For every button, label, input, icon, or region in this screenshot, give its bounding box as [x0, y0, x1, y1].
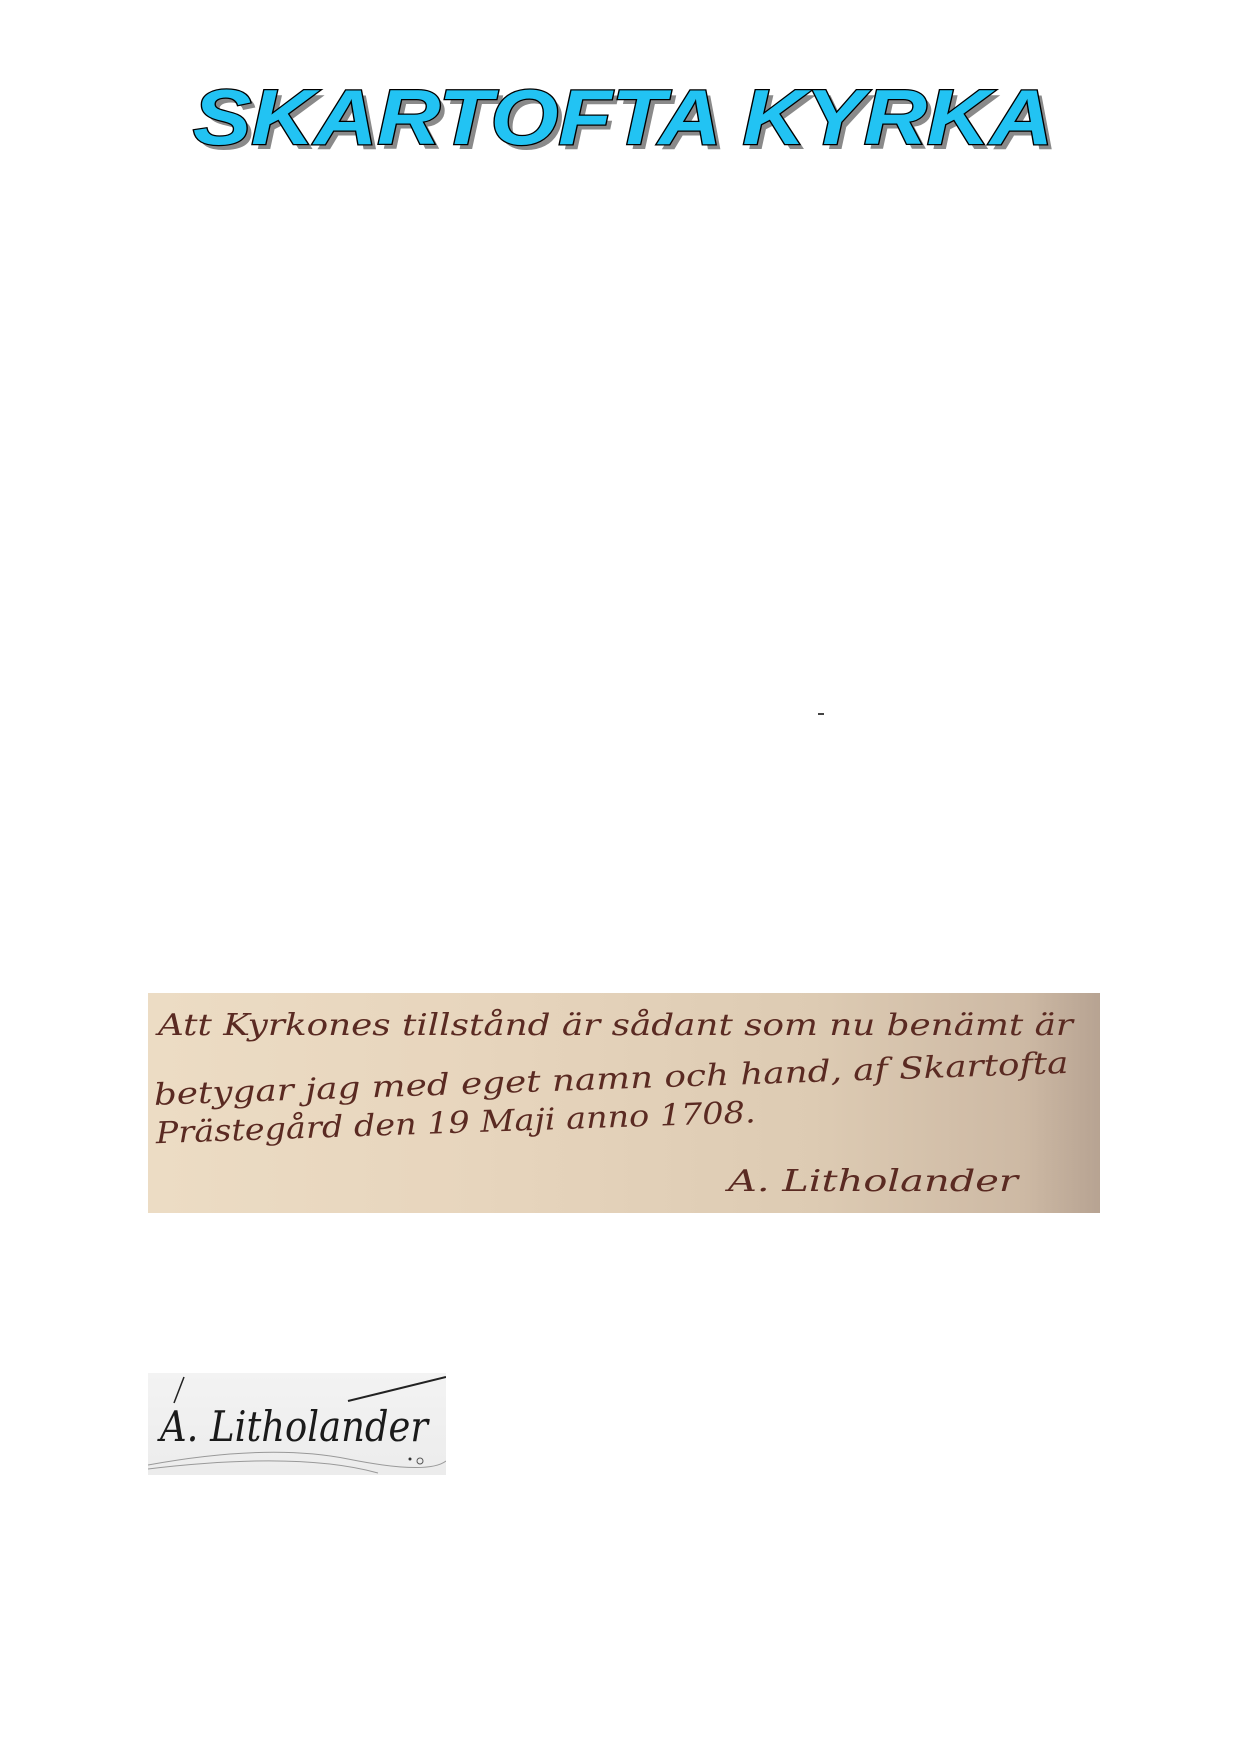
page-title: SKARTOFTA KYRKA SKARTOFTA KYRKA [160, 72, 1090, 162]
manuscript-signature: A. Litholander [724, 1164, 1020, 1199]
signature-text: A. Litholander [156, 1402, 430, 1451]
signature-image: A. Litholander [148, 1373, 446, 1475]
manuscript-line-1: Att Kyrkones tillstånd är sådant som nu … [154, 1008, 1075, 1043]
manuscript-image: Att Kyrkones tillstånd är sådant som nu … [148, 993, 1100, 1213]
stray-mark [818, 713, 824, 715]
page-title-text: SKARTOFTA KYRKA [193, 73, 1053, 161]
